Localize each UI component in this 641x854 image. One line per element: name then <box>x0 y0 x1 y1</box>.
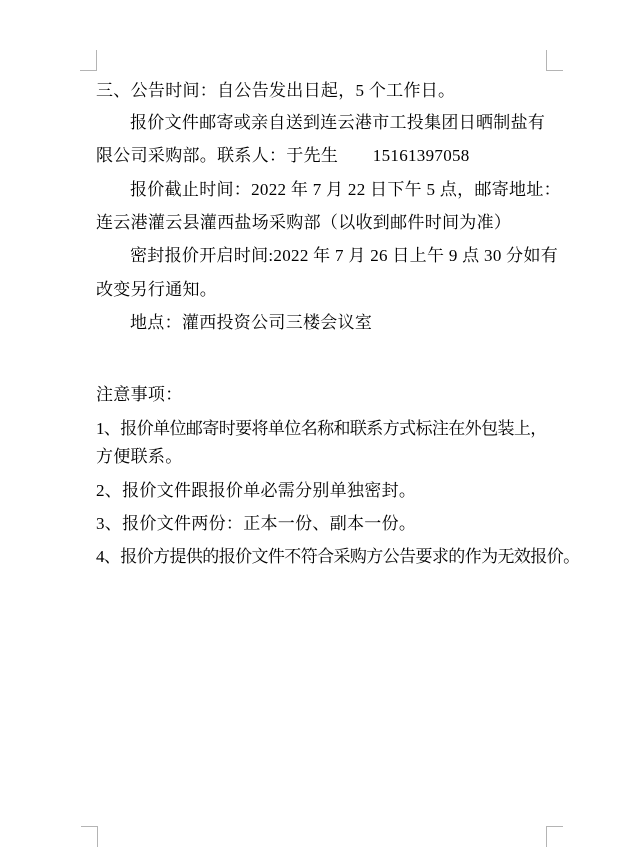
doc-line-announcement-period: 三、公告时间：自公告发出日起，5 个工作日。 <box>96 80 455 101</box>
doc-line-note-1a: 1、报价单位邮寄时要将单位名称和联系方式标注在外包装上， <box>96 418 547 439</box>
text-boundary-mark-bottom-right <box>546 826 563 847</box>
document-page: 三、公告时间：自公告发出日起，5 个工作日。 报价文件邮寄或亲自送到连云港市工投… <box>0 0 641 854</box>
doc-line-notes-heading: 注意事项： <box>96 384 183 405</box>
doc-line-opening-time-2: 改变另行通知。 <box>96 279 217 300</box>
doc-line-deadline-2-address: 连云港灌云县灌西盐场采购部（以收到邮件时间为准） <box>96 212 511 233</box>
doc-line-opening-time-1: 密封报价开启时间:2022 年 7 月 26 日上午 9 点 30 分如有 <box>130 245 558 266</box>
text-boundary-mark-bottom-left <box>81 826 98 847</box>
doc-line-deadline-1: 报价截止时间：2022 年 7 月 22 日下午 5 点，邮寄地址： <box>130 179 561 200</box>
doc-line-delivery-1: 报价文件邮寄或亲自送到连云港市工投集团日晒制盐有 <box>130 112 545 133</box>
doc-line-delivery-2-contact: 限公司采购部。联系人：于先生 15161397058 <box>96 145 470 166</box>
doc-line-note-3: 3、报价文件两份：正本一份、副本一份。 <box>96 513 416 534</box>
doc-line-note-1b: 方便联系。 <box>96 446 183 467</box>
text-boundary-mark-top-right <box>546 50 563 71</box>
doc-line-location: 地点：灌西投资公司三楼会议室 <box>130 312 372 333</box>
doc-line-note-4: 4、报价方提供的报价文件不符合采购方公告要求的作为无效报价。 <box>96 546 580 567</box>
text-boundary-mark-top-left <box>80 50 97 71</box>
doc-line-note-2: 2、报价文件跟报价单必需分别单独密封。 <box>96 480 416 501</box>
